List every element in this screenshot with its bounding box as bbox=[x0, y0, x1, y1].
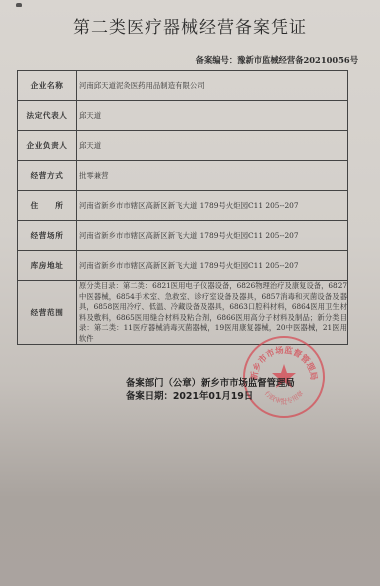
field-value-person-in-charge: 邱天道 bbox=[77, 131, 348, 161]
table-row-business-scope: 经营范围 原分类目录：第二类：6821医用电子仪器设备，6826物理治疗及康复设… bbox=[18, 281, 348, 345]
filing-date-label: 备案日期： bbox=[126, 391, 173, 402]
field-label: 经营方式 bbox=[18, 161, 77, 191]
field-value-business-mode: 批零兼营 bbox=[77, 161, 348, 191]
record-number-label: 备案编号： bbox=[196, 55, 238, 65]
record-number: 备案编号：豫新市监械经营备20210056号 bbox=[196, 54, 358, 66]
field-value-company-name: 河南邱天道泥灸医药用品制造有限公司 bbox=[77, 71, 348, 101]
field-label: 住 所 bbox=[18, 191, 77, 221]
field-value-legal-representative: 邱天道 bbox=[77, 101, 348, 131]
field-value-residence: 河南省新乡市市辖区高新区新飞大道 1789号火炬园C11 205--207 bbox=[77, 191, 348, 221]
field-value-warehouse-address: 河南省新乡市市辖区高新区新飞大道 1789号火炬园C11 205--207 bbox=[77, 251, 348, 281]
filing-department: 备案部门（公章）新乡市市场监督管理局 bbox=[126, 377, 295, 390]
filing-date: 备案日期：2021年01月19日 bbox=[126, 390, 295, 403]
record-number-value: 豫新市监械经营备20210056号 bbox=[237, 55, 358, 65]
document-title: 第二类医疗器械经营备案凭证 bbox=[0, 13, 380, 38]
table-row-business-mode: 经营方式 批零兼营 bbox=[18, 161, 348, 191]
certificate-table: 企业名称 河南邱天道泥灸医药用品制造有限公司 法定代表人 邱天道 企业负责人 邱… bbox=[17, 70, 348, 345]
table-row-company-name: 企业名称 河南邱天道泥灸医药用品制造有限公司 bbox=[18, 71, 348, 101]
field-label: 企业负责人 bbox=[18, 131, 77, 161]
table-row-legal-representative: 法定代表人 邱天道 bbox=[18, 101, 348, 131]
table-row-warehouse-address: 库房地址 河南省新乡市市辖区高新区新飞大道 1789号火炬园C11 205--2… bbox=[18, 251, 348, 281]
filing-date-value: 2021年01月19日 bbox=[173, 391, 253, 402]
field-label: 库房地址 bbox=[18, 251, 77, 281]
field-label: 经营范围 bbox=[18, 281, 77, 345]
field-value-business-scope: 原分类目录：第二类：6821医用电子仪器设备，6826物理治疗及康复设备，682… bbox=[77, 281, 348, 345]
table-row-residence: 住 所 河南省新乡市市辖区高新区新飞大道 1789号火炬园C11 205--20… bbox=[18, 191, 348, 221]
field-label: 企业名称 bbox=[18, 71, 77, 101]
table-row-person-in-charge: 企业负责人 邱天道 bbox=[18, 131, 348, 161]
table-row-business-premises: 经营场所 河南省新乡市市辖区高新区新飞大道 1789号火炬园C11 205--2… bbox=[18, 221, 348, 251]
field-label: 经营场所 bbox=[18, 221, 77, 251]
field-value-business-premises: 河南省新乡市市辖区高新区新飞大道 1789号火炬园C11 205--207 bbox=[77, 221, 348, 251]
paper-speck bbox=[16, 3, 22, 7]
filing-footer: 备案部门（公章）新乡市市场监督管理局 备案日期：2021年01月19日 bbox=[126, 377, 295, 403]
field-label: 法定代表人 bbox=[18, 101, 77, 131]
